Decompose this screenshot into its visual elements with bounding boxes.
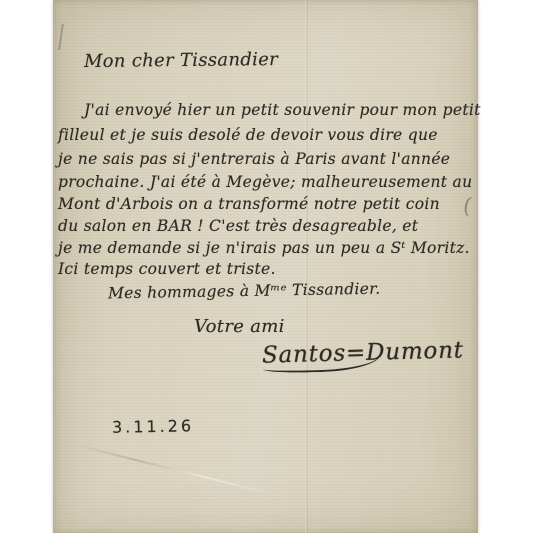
date: 3.11.26 [112,416,194,436]
body-line-6: du salon en BAR ! C'est très desagreable… [58,217,418,235]
body-line-8: Ici temps couvert et triste. [58,260,276,278]
body-line-3: je ne sais pas si j'entrerais à Paris av… [58,150,450,168]
letter-photo: Mon cher Tissandier J'ai envoyé hier un … [0,0,533,533]
body-line-4: prochaine. J'ai été à Megève; malheureus… [58,173,472,191]
paper-fold-line [305,0,308,533]
valediction: Votre ami [194,316,285,337]
body-line-2: filleul et je suis desolé de devoir vous… [58,126,438,144]
salutation: Mon cher Tissandier [84,49,278,72]
body-line-7: je me demande si je n'irais pas un peu a… [58,239,470,257]
body-line-1: J'ai envoyé hier un petit souvenir pour … [84,101,481,119]
body-line-5: Mont d'Arbois on a transformé notre peti… [58,195,440,213]
